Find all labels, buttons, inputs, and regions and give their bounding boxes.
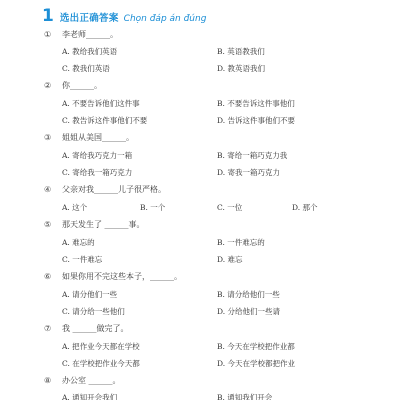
option-7a[interactable]: A. 把作业今天都在学校 [62, 341, 140, 353]
option-4c[interactable]: C. 一位 [217, 202, 242, 214]
option-7c[interactable]: C. 在学校把作业今天都 [62, 358, 140, 370]
option-8b[interactable]: B. 通知我们开会 [217, 392, 272, 400]
question-3: ③姐姐从美国______。 [44, 132, 134, 144]
option-7b[interactable]: B. 今天在学校把作业都 [217, 341, 295, 353]
question-text: 如果你用不完这些本子，______。 [62, 272, 182, 281]
option-7d[interactable]: D. 今天在学校都把作业 [217, 358, 295, 370]
option-5b[interactable]: B. 一件难忘的 [217, 237, 265, 249]
question-text: 李老师______。 [62, 30, 118, 39]
exercise-title-vietnamese: Chọn đáp án đúng [124, 14, 207, 24]
question-5: ⑤那天发生了 ______事。 [44, 219, 145, 231]
option-5c[interactable]: C. 一件难忘 [62, 254, 102, 266]
option-2d[interactable]: D. 告诉这件事他们不要 [217, 115, 295, 127]
question-text: 父亲对我______儿子很严格。 [62, 185, 166, 194]
question-8: ⑧办公室 ______。 [44, 375, 121, 387]
option-2a[interactable]: A. 不要告诉他们这件事 [62, 98, 140, 110]
question-text: 你______。 [62, 81, 102, 90]
option-3d[interactable]: D. 寄我一箱巧克力 [217, 167, 280, 179]
option-4d[interactable]: D. 那个 [292, 202, 318, 214]
option-1c[interactable]: C. 教我们英语 [62, 63, 110, 75]
question-number: ⑧ [44, 375, 62, 387]
question-7: ⑦我 ______做完了。 [44, 323, 129, 335]
option-3c[interactable]: C. 寄给我一箱巧克力 [62, 167, 132, 179]
option-2c[interactable]: C. 教告诉这件事他们不要 [62, 115, 147, 127]
exercise-number: 1 [42, 6, 54, 26]
option-5d[interactable]: D. 难忘 [217, 254, 243, 266]
option-6c[interactable]: C. 请分给一些他们 [62, 306, 125, 318]
question-number: ⑦ [44, 323, 62, 335]
question-number: ④ [44, 184, 62, 196]
option-5a[interactable]: A. 难忘的 [62, 237, 95, 249]
option-4a[interactable]: A. 这个 [62, 202, 87, 214]
exercise-title-chinese: 选出正确答案 [60, 10, 119, 24]
option-1b[interactable]: B. 英语教我们 [217, 46, 265, 58]
question-number: ① [44, 29, 62, 41]
option-1d[interactable]: D. 教英语我们 [217, 63, 265, 75]
option-1a[interactable]: A. 教给我们英语 [62, 46, 117, 58]
question-2: ②你______。 [44, 80, 102, 92]
question-text: 办公室 ______。 [62, 376, 121, 385]
option-3b[interactable]: B. 寄给一箱巧克力我 [217, 150, 287, 162]
question-number: ⑥ [44, 271, 62, 283]
question-text: 那天发生了 ______事。 [62, 220, 145, 229]
question-number: ③ [44, 132, 62, 144]
option-8a[interactable]: A. 通知开会我们 [62, 392, 117, 400]
option-3a[interactable]: A. 寄给我巧克力一箱 [62, 150, 132, 162]
question-text: 我 ______做完了。 [62, 324, 129, 333]
question-4: ④父亲对我______儿子很严格。 [44, 184, 166, 196]
question-number: ⑤ [44, 219, 62, 231]
option-6a[interactable]: A. 请分他们一些 [62, 289, 117, 301]
question-text: 姐姐从美国______。 [62, 133, 134, 142]
question-1: ①李老师______。 [44, 29, 118, 41]
exercise-header: 1 选出正确答案 Chọn đáp án đúng [42, 6, 206, 26]
option-6b[interactable]: B. 请分给他们一些 [217, 289, 280, 301]
option-2b[interactable]: B. 不要告诉这件事他们 [217, 98, 295, 110]
option-6d[interactable]: D. 分给他们一些请 [217, 306, 280, 318]
option-4b[interactable]: B. 一个 [140, 202, 165, 214]
question-6: ⑥如果你用不完这些本子，______。 [44, 271, 182, 283]
question-number: ② [44, 80, 62, 92]
